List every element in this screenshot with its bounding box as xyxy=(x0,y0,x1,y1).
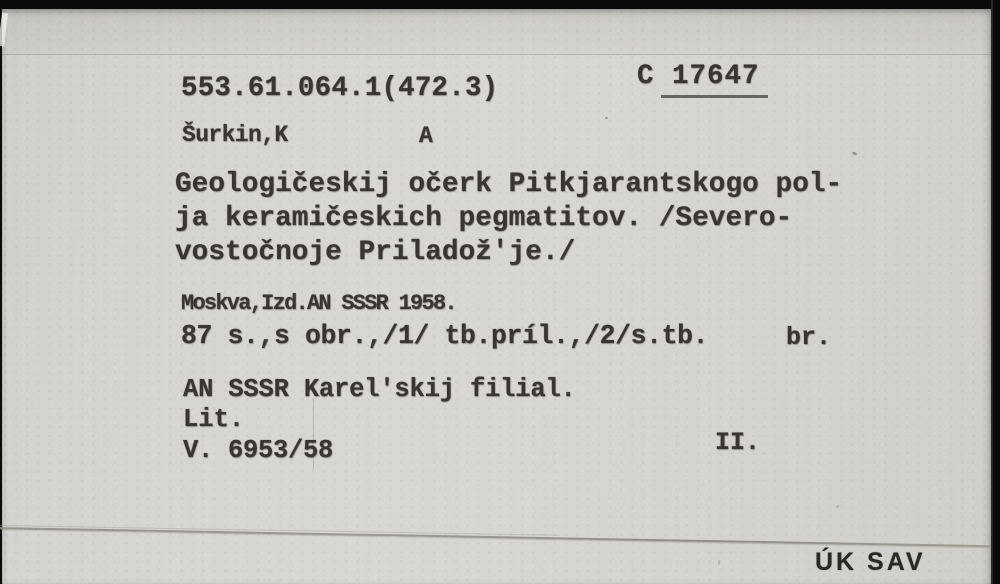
title-line-1: Geologičeskij očerk Pitkjarantskogo pol- xyxy=(175,169,842,200)
library-stamp: ÚK SAV xyxy=(815,548,926,577)
imprint-place-publisher: Moskva,Izd.AN SSSR 1958. xyxy=(181,291,456,316)
scan-speckle xyxy=(836,505,839,508)
udc-number: 553.61.064.1(472.3) xyxy=(181,73,498,104)
scan-right-edge xyxy=(991,0,1000,584)
material-note: Lit. xyxy=(183,405,244,434)
author-name: Šurkin,K xyxy=(182,122,288,148)
shelf-mark-underline xyxy=(661,95,768,98)
issuing-body: AN SSSR Karel'skij filial. xyxy=(183,375,576,404)
accession-number: V. 6953/58 xyxy=(183,436,333,465)
scan-speckle xyxy=(718,560,720,565)
title-line-2: ja keramičeskich pegmatitov. /Severo- xyxy=(175,203,792,234)
copy-number: II. xyxy=(715,428,760,457)
shelf-mark: C 17647 xyxy=(637,61,760,92)
scan-background: 553.61.064.1(472.3) C 17647 Šurkin,K A G… xyxy=(0,0,1000,584)
card-top-edge xyxy=(2,9,993,55)
imprint-collation: 87 s.,s obr.,/1/ tb.príl.,/2/s.tb. xyxy=(181,321,708,351)
scan-speckle xyxy=(605,117,608,119)
cutter-letter: A xyxy=(419,123,433,149)
title-line-3: vostočnoje Priladož'je./ xyxy=(175,237,575,268)
binding-note: br. xyxy=(786,323,831,352)
scan-speckle xyxy=(432,90,434,96)
